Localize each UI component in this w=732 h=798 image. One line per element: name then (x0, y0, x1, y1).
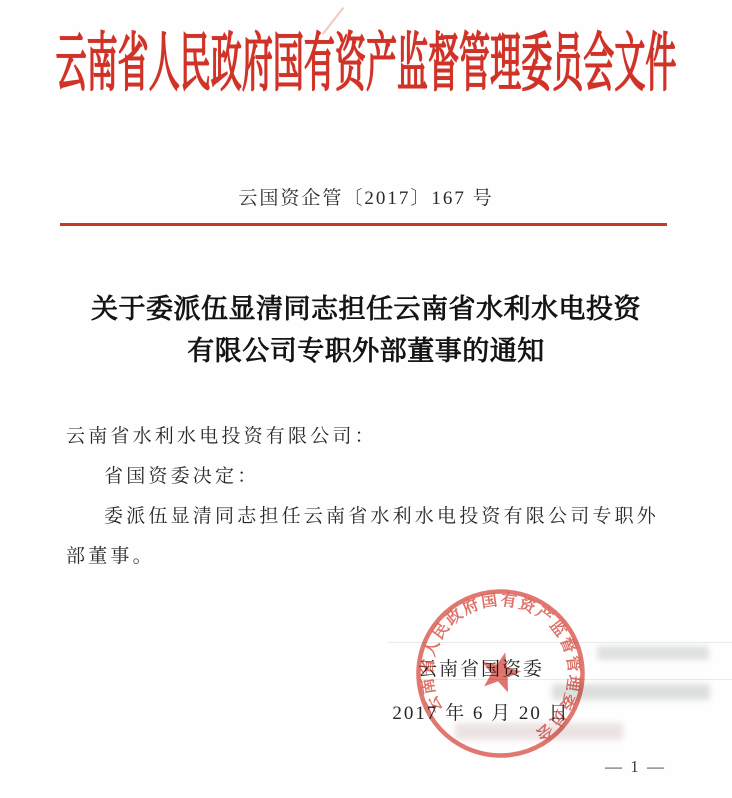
document-body: 云南省水利水电投资有限公司： 省国资委决定： 委派伍显清同志担任云南省水利水电投… (66, 417, 667, 577)
bleed-through-artifact (597, 646, 709, 660)
document-title-line2: 有限公司专职外部董事的通知 (0, 330, 732, 372)
document-title-line1: 关于委派伍显清同志担任云南省水利水电投资 (0, 288, 732, 330)
signature-org: 云南省国资委 (375, 648, 587, 692)
document-title: 关于委派伍显清同志担任云南省水利水电投资 有限公司专职外部董事的通知 (0, 288, 732, 372)
body-paragraph-1: 省国资委决定： (66, 457, 667, 497)
letterhead: 云南省人民政府国有资产监督管理委员会文件 (0, 27, 732, 101)
signature-block: 云南省国资委 2017 年 6 月 20 日 (375, 648, 587, 736)
letterhead-org-title: 云南省人民政府国有资产监督管理委员会文件 (56, 29, 677, 99)
body-paragraph-2: 委派伍显清同志担任云南省水利水电投资有限公司专职外部董事。 (66, 497, 667, 577)
red-divider-rule (60, 223, 667, 226)
page-number: — 1 — (605, 757, 666, 777)
document-page: 云南省人民政府国有资产监督管理委员会文件 云国资企管〔2017〕167 号 关于… (0, 0, 732, 798)
signature-date: 2017 年 6 月 20 日 (375, 692, 587, 736)
document-number: 云国资企管〔2017〕167 号 (0, 183, 732, 210)
bleed-through-line (388, 642, 732, 643)
recipient-line: 云南省水利水电投资有限公司： (66, 417, 667, 457)
